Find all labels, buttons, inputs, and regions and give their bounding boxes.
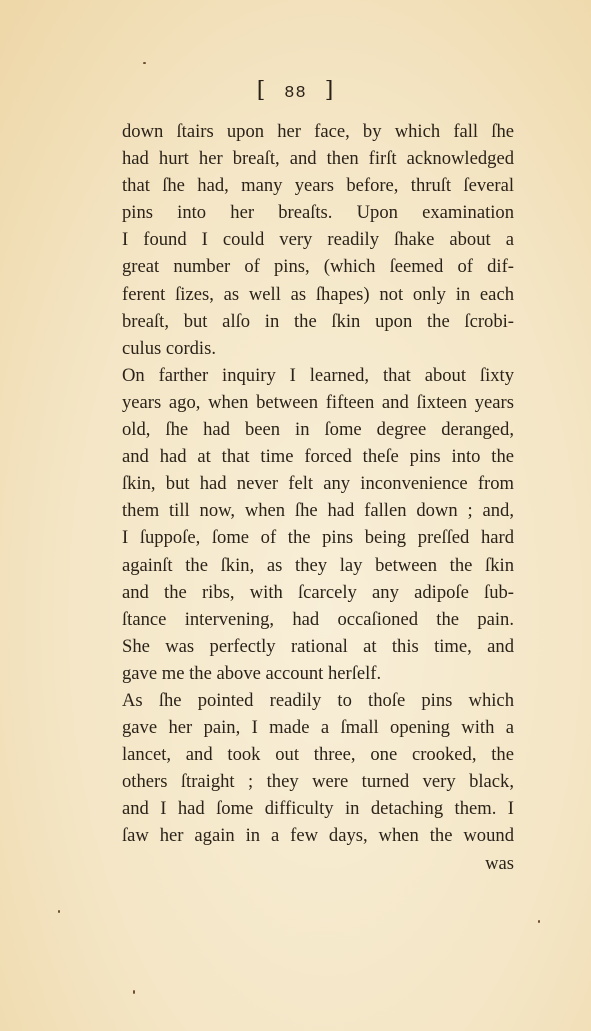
catchword: was bbox=[122, 850, 514, 877]
text-line: I found I could very readily ſhake about… bbox=[122, 226, 514, 253]
page-header: [88] bbox=[0, 78, 591, 103]
text-line: years ago, when between fifteen and ſixt… bbox=[122, 389, 514, 416]
paragraph-start-line: As ſhe pointed readily to thoſe pins whi… bbox=[122, 687, 514, 714]
book-page: [88] down ſtairs upon her face, by which… bbox=[0, 0, 591, 1031]
text-line: down ſtairs upon her face, by which fall… bbox=[122, 118, 514, 145]
text-line: I ſuppoſe, ſome of the pins being preſſe… bbox=[122, 524, 514, 551]
text-line: them till now, when ſhe had fallen down … bbox=[122, 497, 514, 524]
text-line: and I had ſome difficulty in detaching t… bbox=[122, 795, 514, 822]
text-line: gave me the above account herſelf. bbox=[122, 660, 514, 687]
text-line: ſaw her again in a few days, when the wo… bbox=[122, 822, 514, 849]
paper-speck bbox=[133, 990, 135, 994]
text-line: and the ribs, with ſcarcely any adipoſe … bbox=[122, 579, 514, 606]
text-line: gave her pain, I made a ſmall opening wi… bbox=[122, 714, 514, 741]
text-line: and had at that time forced theſe pins i… bbox=[122, 443, 514, 470]
text-line: ſtance intervening, had occaſioned the p… bbox=[122, 606, 514, 633]
text-line: againſt the ſkin, as they lay between th… bbox=[122, 552, 514, 579]
paper-speck bbox=[538, 920, 540, 923]
text-line: had hurt her breaſt, and then firſt ackn… bbox=[122, 145, 514, 172]
text-line: old, ſhe had been in ſome degree derange… bbox=[122, 416, 514, 443]
text-line: lancet, and took out three, one crooked,… bbox=[122, 741, 514, 768]
text-line: culus cordis. bbox=[122, 335, 514, 362]
bracket-left: [ bbox=[257, 78, 267, 103]
body-text: down ſtairs upon her face, by which fall… bbox=[122, 118, 514, 877]
text-line: that ſhe had, many years before, thruſt … bbox=[122, 172, 514, 199]
page-number: 88 bbox=[284, 84, 306, 103]
text-line: others ſtraight ; they were turned very … bbox=[122, 768, 514, 795]
text-line: great number of pins, (which ſeemed of d… bbox=[122, 253, 514, 280]
text-line: ſkin, but had never felt any inconvenien… bbox=[122, 470, 514, 497]
paper-speck bbox=[143, 62, 146, 64]
text-line: She was perfectly rational at this time,… bbox=[122, 633, 514, 660]
paragraph-start-line: On farther inquiry I learned, that about… bbox=[122, 362, 514, 389]
text-line: ferent ſizes, as well as ſhapes) not onl… bbox=[122, 281, 514, 308]
bracket-right: ] bbox=[325, 78, 335, 103]
text-line: pins into her breaſts. Upon examination bbox=[122, 199, 514, 226]
paper-speck bbox=[58, 910, 60, 913]
text-line: breaſt, but alſo in the ſkin upon the ſc… bbox=[122, 308, 514, 335]
